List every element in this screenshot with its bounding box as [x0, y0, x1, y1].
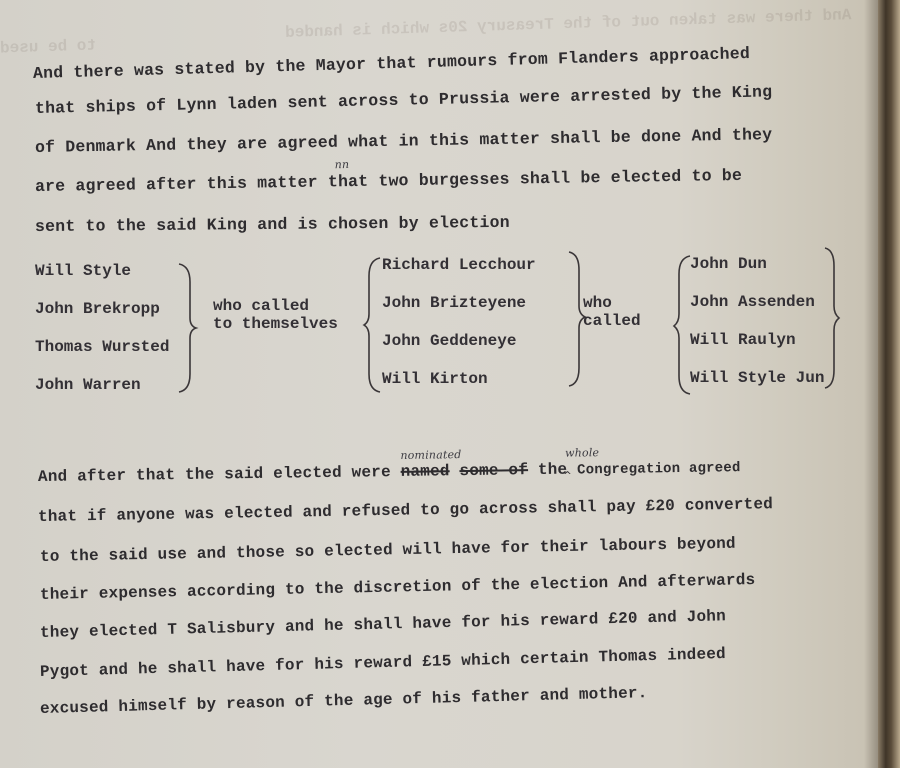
name-entry: Will Style	[35, 260, 169, 298]
electors-group-1: Will Style John Brekropp Thomas Wursted …	[35, 260, 169, 412]
paragraph-1-line: nn are agreed after this matter that two…	[35, 166, 742, 196]
name-entry: Will Style Jun	[690, 367, 824, 405]
bleed-through-text: And there was taken out of the Treasury …	[285, 6, 852, 42]
struck-text: some of	[459, 461, 528, 480]
paragraph-2-line: their expenses according to the discreti…	[40, 571, 756, 604]
connector-line: who called	[213, 297, 338, 315]
name-entry: Thomas Wursted	[35, 336, 169, 374]
name-entry: John Assenden	[690, 291, 824, 329]
paragraph-1-line: And there was stated by the Mayor that r…	[33, 44, 750, 83]
electors-group-2: Richard Lecchour John Brizteyene John Ge…	[382, 254, 536, 406]
name-entry: John Dun	[690, 253, 824, 291]
handwritten-insertion: nominated	[400, 448, 461, 462]
text-segment: Congregation agreed	[577, 460, 741, 478]
name-entry: Will Kirton	[382, 368, 536, 406]
paragraph-1-line: that ships of Lynn laden sent across to …	[35, 82, 773, 118]
page-edge	[878, 0, 900, 768]
handwritten-correction: nn	[335, 158, 350, 171]
connector-line: to themselves	[213, 315, 338, 333]
bleed-through-text: to be used	[0, 36, 96, 57]
name-entry: John Warren	[35, 374, 169, 412]
connector-line: called	[583, 312, 641, 330]
name-entry: John Brekropp	[35, 298, 169, 336]
right-brace-icon	[176, 262, 200, 394]
left-brace-icon	[362, 256, 384, 394]
paragraph-2-line: And after that the said elected were nom…	[38, 458, 741, 486]
caret-icon: ^	[563, 471, 572, 482]
page-gutter-shadow	[864, 0, 878, 768]
text-segment: And after that the said elected were	[38, 463, 391, 486]
paragraph-2-line: to the said use and those so elected wil…	[40, 535, 736, 566]
paragraph-1-line: of Denmark And they are agreed what in t…	[35, 125, 773, 157]
paragraph-1-line-text: are agreed after this matter that two bu…	[35, 166, 742, 196]
paragraph-2-line: excused himself by reason of the age of …	[40, 684, 648, 718]
name-entry: John Geddeneye	[382, 330, 536, 368]
paragraph-2-line: that if anyone was elected and refused t…	[38, 495, 773, 526]
paragraph-1-line: sent to the said King and is chosen by e…	[35, 213, 510, 236]
correction-named: nominated named	[401, 462, 460, 481]
paragraph-2-line: they elected T Salisbury and he shall ha…	[40, 607, 726, 642]
struck-text: named	[401, 462, 450, 481]
name-entry: John Brizteyene	[382, 292, 536, 330]
connector-line: who	[583, 294, 641, 312]
right-brace-icon	[822, 246, 842, 390]
name-entry: Will Raulyn	[690, 329, 824, 367]
connector-text-2: who called	[583, 294, 641, 330]
connector-text-1: who called to themselves	[213, 297, 338, 333]
paragraph-2-line: Pygot and he shall have for his reward £…	[40, 645, 726, 681]
electors-group-3: John Dun John Assenden Will Raulyn Will …	[690, 253, 824, 405]
handwritten-insertion: whole	[565, 446, 599, 459]
name-entry: Richard Lecchour	[382, 254, 536, 292]
